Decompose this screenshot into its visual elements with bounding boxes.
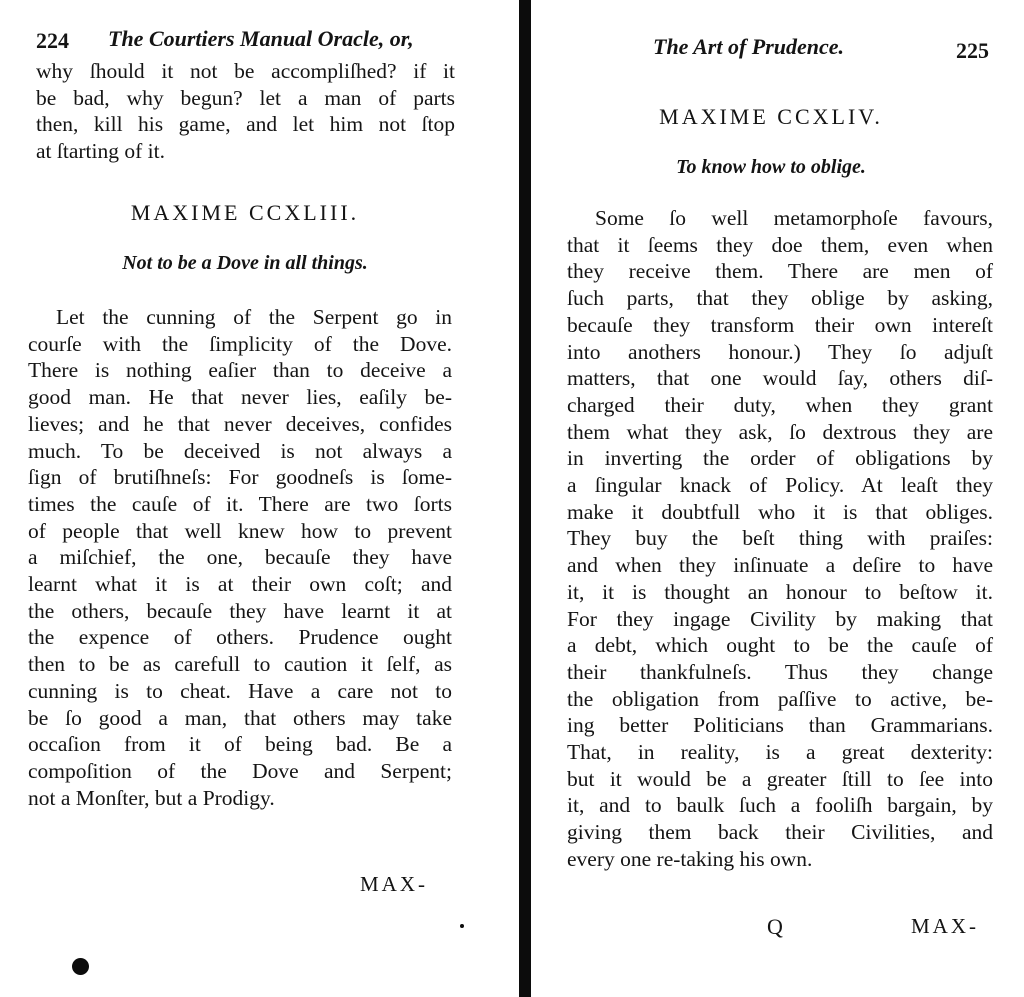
text-line: be ſo good a man, that others may take [28, 705, 452, 732]
running-head: The Art of Prudence. [653, 34, 844, 60]
text-line: in inverting the order of obligations by [567, 445, 993, 472]
maxim-title: MAXIME CCXLIV. [591, 104, 951, 130]
text-line: the obligation from paſſive to active, b… [567, 686, 993, 713]
signature-mark: Q [767, 914, 783, 940]
text-line: giving them back their Civilities, and [567, 819, 993, 846]
text-line: at ſtarting of it. [36, 138, 455, 165]
continuation-text: why ſhould it not be accompliſhed? if it… [36, 58, 455, 165]
text-line: times the cauſe of it. There are two ſor… [28, 491, 452, 518]
text-line: charged their duty, when they grant [567, 392, 993, 419]
text-line: That, in reality, is a great dexterity: [567, 739, 993, 766]
text-line: a miſchief, the one, becauſe they have [28, 544, 452, 571]
text-line: compoſition of the Dove and Serpent; [28, 758, 452, 785]
text-line: There is nothing eaſier than to deceive … [28, 357, 452, 384]
text-line: cunning is to cheat. Have a care not to [28, 678, 452, 705]
maxim-body: Some ſo well metamorphoſe favours, that … [567, 205, 993, 873]
text-line: good man. He that never lies, eaſily be- [28, 384, 452, 411]
text-line: be bad, why begun? let a man of parts [36, 85, 455, 112]
book-gutter [519, 0, 531, 997]
maxim-subtitle: To know how to oblige. [591, 156, 951, 179]
maxim-body: Let the cunning of the Serpent go in cou… [28, 304, 452, 811]
text-line: but it would be a greater ſtill to ſee i… [567, 766, 993, 793]
text-line: ſuch parts, that they oblige by asking, [567, 285, 993, 312]
text-line: it, and to baulk ſuch a fooliſh bargain,… [567, 792, 993, 819]
text-line: every one re-taking his own. [567, 846, 993, 873]
text-line: of people that well knew how to prevent [28, 518, 452, 545]
text-line: courſe with the ſimplicity of the Dove. [28, 331, 452, 358]
text-line: ſign of brutiſhneſs: For goodneſs is ſom… [28, 464, 452, 491]
text-line: a ſingular knack of Policy. At leaſt the… [567, 472, 993, 499]
text-line: ing better Politicians than Grammarians. [567, 712, 993, 739]
text-line: the expence of others. Prudence ought [28, 624, 452, 651]
maxim-subtitle: Not to be a Dove in all things. [0, 252, 490, 275]
text-line: much. To be deceived is not always a [28, 438, 452, 465]
text-line: Let the cunning of the Serpent go in [28, 304, 452, 331]
text-line: them what they ask, ſo dextrous they are [567, 419, 993, 446]
text-line: then, kill his game, and let him not ſto… [36, 111, 455, 138]
page-number: 225 [956, 38, 989, 64]
text-line: not a Monſter, but a Prodigy. [28, 785, 452, 812]
text-line: that it ſeems they doe them, even when [567, 232, 993, 259]
text-line: learnt what it is at their own coſt; and [28, 571, 452, 598]
text-line: lieves; and he that never deceives, conf… [28, 411, 452, 438]
text-line: it, it is thought an honour to beſtow it… [567, 579, 993, 606]
catchword: MAX- [360, 872, 428, 897]
text-line: make it doubtfull who it is that obliges… [567, 499, 993, 526]
text-line: they receive them. There are men of [567, 258, 993, 285]
text-line: their thankfulneſs. Thus they change [567, 659, 993, 686]
running-head: The Courtiers Manual Oracle, or, [108, 26, 414, 52]
text-line: becauſe they transform their own intereſ… [567, 312, 993, 339]
text-line: occaſion from it of being bad. Be a [28, 731, 452, 758]
text-line: Some ſo well metamorphoſe favours, [567, 205, 993, 232]
text-line: then to be as carefull to caution it ſel… [28, 651, 452, 678]
text-line: into anothers honour.) They ſo adjuſt [567, 339, 993, 366]
left-page: 224 The Courtiers Manual Oracle, or, why… [0, 0, 519, 997]
maxim-title: MAXIME CCXLIII. [0, 200, 490, 226]
text-line: the others, becauſe they have learnt it … [28, 598, 452, 625]
text-line: and when they inſinuate a deſire to have [567, 552, 993, 579]
ink-speck [460, 924, 464, 928]
text-line: For they ingage Civility by making that [567, 606, 993, 633]
right-page: The Art of Prudence. 225 MAXIME CCXLIV. … [531, 0, 1024, 997]
text-line: why ſhould it not be accompliſhed? if it [36, 58, 455, 85]
text-line: They buy the beſt thing with praiſes: [567, 525, 993, 552]
page-number: 224 [36, 28, 69, 54]
text-line: a debt, which ought to be the cauſe of [567, 632, 993, 659]
catchword: MAX- [911, 914, 979, 939]
ink-blot [72, 958, 89, 975]
text-line: matters, that one would ſay, others diſ- [567, 365, 993, 392]
